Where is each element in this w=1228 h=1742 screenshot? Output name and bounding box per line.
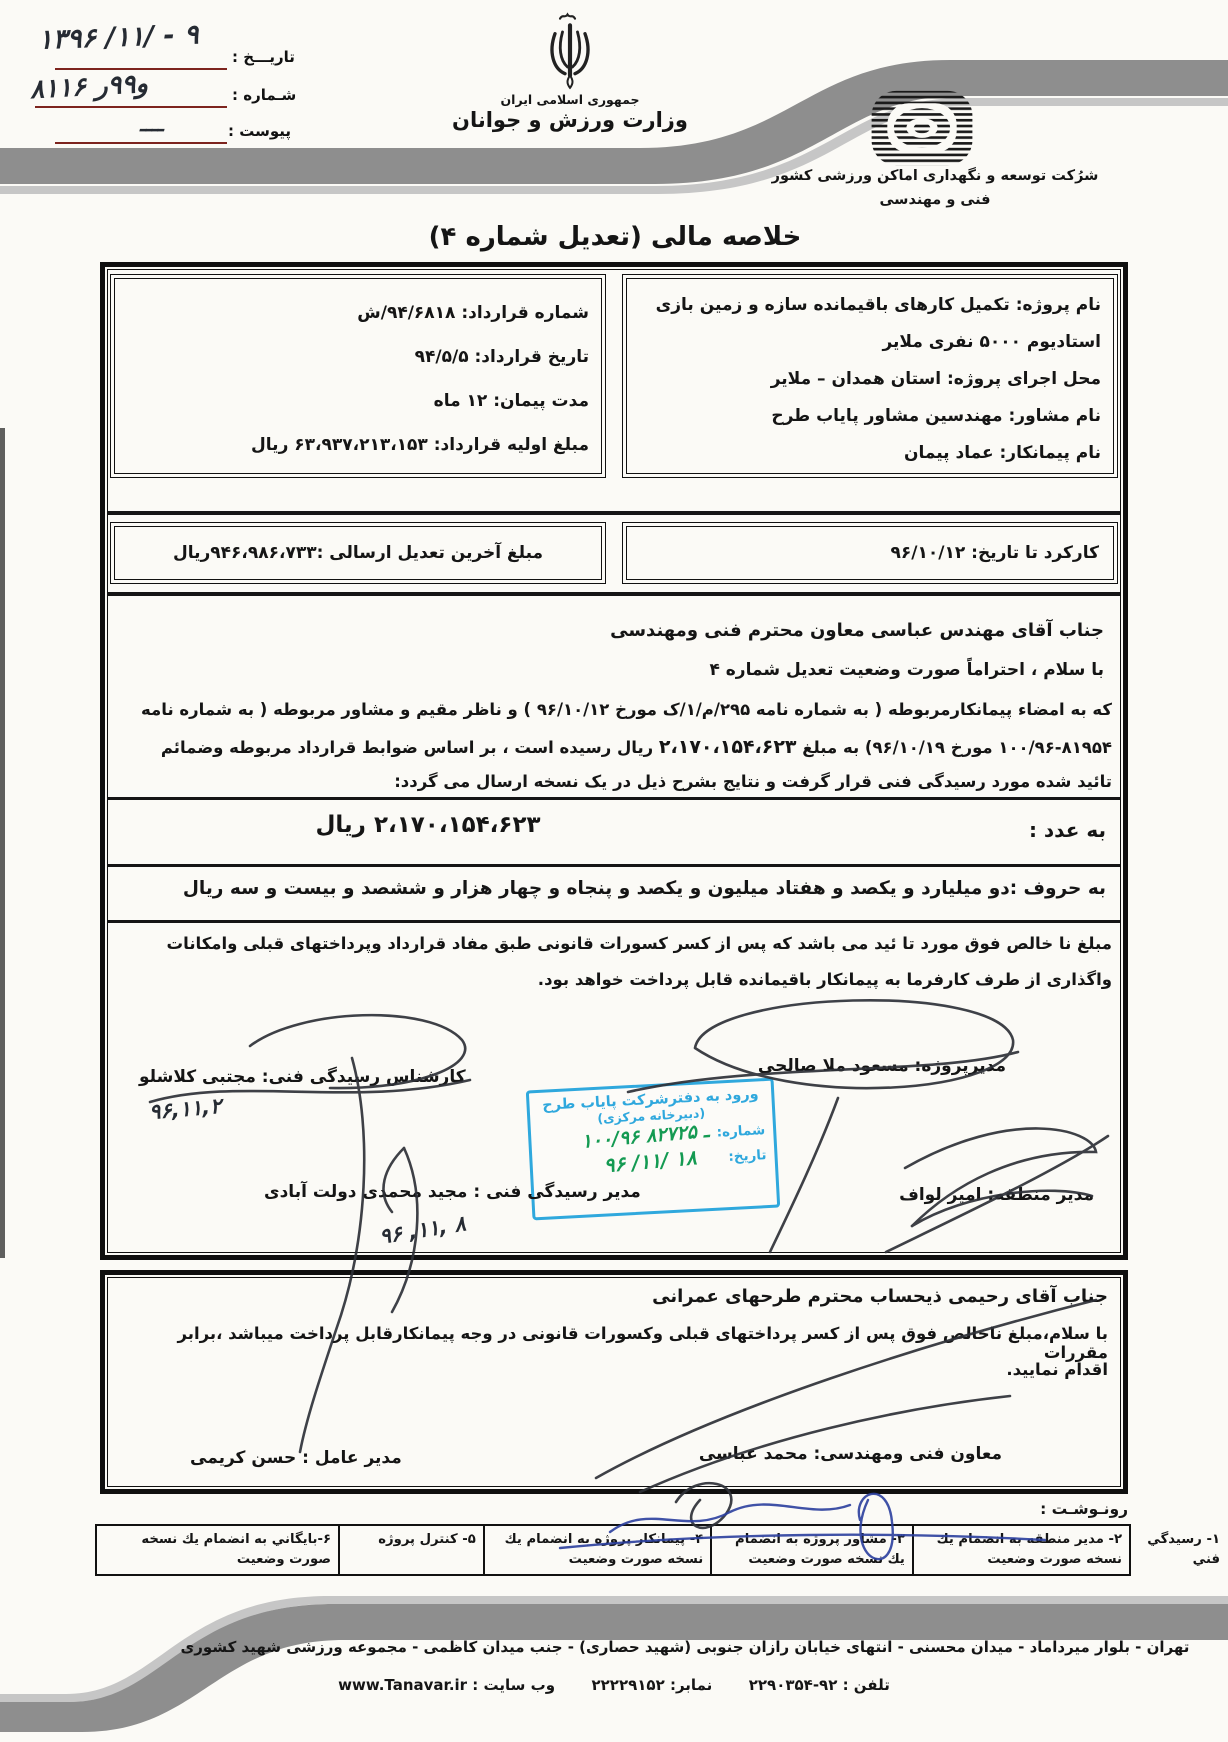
amount-digits-value: ۲،۱۷۰،۱۵۴،۶۲۳ ریال bbox=[258, 812, 598, 838]
stamp-date-label: تاریخ: bbox=[728, 1147, 767, 1165]
accountant-heading: جناب آقای رحیمی ذیحساب محترم طرحهای عمرا… bbox=[652, 1286, 1108, 1307]
project-manager-signature-label: مدیرپروژه: مسعود ملا صالحی bbox=[758, 1056, 1006, 1076]
accountant-body-line1: با سلام،مبلغ ناخالص فوق پس از کسر پرداخت… bbox=[120, 1324, 1108, 1362]
deputy-signature-label: معاون فنی ومهندسی: محمد عباسی bbox=[699, 1444, 1002, 1464]
phone-label: تلفن : bbox=[837, 1676, 890, 1694]
net-amount-line1: مبلغ نا خالص فوق مورد تا ئید می باشد که … bbox=[116, 934, 1112, 953]
handwritten-number: ۸۱۱۶ و۹۹ر bbox=[29, 69, 148, 105]
copy-item-5: ۵- کنترل پروژه bbox=[339, 1525, 484, 1575]
divider-rule-2 bbox=[108, 592, 1120, 596]
adjustment-amount-inline: ۲،۱۷۰،۱۵۴،۶۲۳ bbox=[659, 736, 797, 758]
review-expert-handwritten-date: ۹۶,۱۱,۲ bbox=[148, 1094, 222, 1124]
iran-emblem-icon bbox=[542, 12, 598, 92]
divider-rule-1 bbox=[108, 511, 1120, 515]
project-info-cell: نام پروژه: تکمیل کارهای باقیمانده سازه و… bbox=[626, 278, 1114, 474]
contract-date: تاریخ قرارداد: ۹۴/۵/۵ bbox=[127, 335, 589, 379]
emblem-left-outer bbox=[552, 34, 565, 74]
number-label: شـماره : bbox=[232, 86, 296, 104]
fax-value: ۲۲۲۲۹۱۵۲ bbox=[592, 1676, 665, 1694]
emblem-tashdid bbox=[560, 15, 575, 19]
review-manager-handwritten-date: ۹۶ ,۱۱, ۸ bbox=[378, 1211, 468, 1248]
fax-label: نمابر: bbox=[665, 1676, 713, 1694]
attachment-mark: ــــ bbox=[140, 112, 163, 136]
review-manager-signature-label: مدیر رسیدگی فنی : مجید محمدی دولت آبادی bbox=[264, 1182, 641, 1202]
copies-row: ۲- مدیر منطقه به انضمام یك نسخه صورت وضع… bbox=[96, 1525, 1130, 1575]
project-name-line2: استادیوم ۵۰۰۰ نفری ملایر bbox=[639, 324, 1101, 361]
region-manager-signature-label: مدیر منطقه: امیر لواف bbox=[899, 1185, 1094, 1205]
footer-address: تهران - بلوار میرداماد - میدان محسنی - ا… bbox=[150, 1638, 1220, 1656]
accountant-box-inner: جناب آقای رحیمی ذیحساب محترم طرحهای عمرا… bbox=[107, 1277, 1121, 1487]
accountant-box: جناب آقای رحیمی ذیحساب محترم طرحهای عمرا… bbox=[100, 1270, 1128, 1494]
document-title: خلاصه مالی (تعدیل شماره ۴) bbox=[250, 222, 980, 252]
contract-number: شماره قرارداد: ۹۴/۶۸۱۸/ش bbox=[127, 291, 589, 335]
ministry-name: وزارت ورزش و جوانان bbox=[420, 108, 720, 132]
letter-recipient: جناب آقای مهندس عباسی معاون محترم فنی وم… bbox=[610, 620, 1104, 641]
copy-item-2: ۲- مدیر منطقه به انضمام یك نسخه صورت وضع… bbox=[913, 1525, 1130, 1575]
copies-table: ۲- مدیر منطقه به انضمام یك نسخه صورت وضع… bbox=[95, 1524, 1131, 1576]
footer-swoosh-band bbox=[0, 1570, 1228, 1742]
work-until-value: کارکرد تا تاریخ: ۹۶/۱۰/۱۲ bbox=[891, 543, 1099, 563]
letter-para-line2-mid: مورخ ۹۶/۱۰/۱۹) به مبلغ bbox=[797, 738, 999, 757]
contract-info-cell: شماره قرارداد: ۹۴/۶۸۱۸/ش تاریخ قرارداد: … bbox=[114, 278, 602, 474]
consultant-name: نام مشاور: مهندسین مشاور پایاب طرح bbox=[639, 398, 1101, 435]
project-location: محل اجرای پروژه: استان همدان – ملایر bbox=[639, 361, 1101, 398]
review-manager-date-text: ۹۶ ,۱۱, ۸ bbox=[378, 1211, 468, 1248]
footer-swoosh-main bbox=[0, 1604, 1228, 1732]
last-adjustment-cell: مبلغ آخرین تعدیل ارسالی :۹۴۶،۹۸۶،۷۳۳ریال bbox=[114, 526, 602, 580]
letter-para-line3: تائید شده مورد رسیدگی فنی قرار گرفت و نت… bbox=[116, 772, 1112, 791]
copy-item-6: ۶-بایگاني به انضمام یك نسخه صورت وضعیت bbox=[96, 1525, 339, 1575]
stamp-date-value: ۹۶ /۱۱/ ۱۸ bbox=[603, 1145, 698, 1177]
initial-contract-amount: مبلغ اولیه قرارداد: ۶۳،۹۳۷،۲۱۳،۱۵۳ ریال bbox=[127, 423, 589, 467]
number-line bbox=[35, 106, 227, 108]
emblem-right-outer bbox=[575, 34, 588, 74]
copy-item-4: ۴- پیمانکار پروژه به انضمام یك نسخه صورت… bbox=[484, 1525, 711, 1575]
main-box: نام پروژه: تکمیل کارهای باقیمانده سازه و… bbox=[100, 262, 1128, 1260]
copies-label: رونـوشـت : bbox=[1040, 1500, 1128, 1518]
phone-value: ۲۲۹۰۳۵۴-۹۲ bbox=[749, 1676, 838, 1694]
divider-rule-3 bbox=[108, 797, 1120, 800]
letter-para-line1: که به امضاء پیمانکارمربوطه ( به شماره نا… bbox=[116, 700, 1112, 719]
footer-contact: تلفن : ۲۲۹۰۳۵۴-۹۲ نمابر: ۲۲۲۲۹۱۵۲ وب سای… bbox=[0, 1676, 1228, 1694]
letter-para-line2-tail: ریال رسیده است ، بر اساس ضوابط قرارداد م… bbox=[161, 738, 659, 757]
divider-rule-4 bbox=[108, 864, 1120, 867]
stamp-number-label: شماره: bbox=[716, 1122, 765, 1141]
attachment-label: پیوست : bbox=[228, 122, 291, 140]
work-until-cell: کارکرد تا تاریخ: ۹۶/۱۰/۱۲ bbox=[626, 526, 1114, 580]
review-expert-date-text: ۹۶,۱۱,۲ bbox=[148, 1094, 222, 1124]
amount-in-words: به حروف :دو میلیارد و یکصد و هفتاد میلیو… bbox=[116, 878, 1106, 899]
accountant-body-line2: اقدام نمایید. bbox=[1006, 1360, 1108, 1379]
contractor-name: نام پیمانکار: عماد پیمان bbox=[639, 435, 1101, 472]
handwritten-date: ۱۳۹۶ /۱۱/ - ۹ bbox=[38, 19, 200, 56]
company-unit: فنی و مهندسی bbox=[790, 192, 1080, 208]
main-box-inner: نام پروژه: تکمیل کارهای باقیمانده سازه و… bbox=[107, 269, 1121, 1253]
letter-salutation: با سلام ، احتراماً صورت وضعیت تعدیل شمار… bbox=[709, 660, 1104, 680]
divider-rule-5 bbox=[108, 920, 1120, 923]
managing-director-signature-label: مدیر عامل : حسن کریمی bbox=[190, 1448, 402, 1468]
scan-edge-artifact bbox=[0, 428, 5, 1258]
handwritten-date-text: ۱۳۹۶ /۱۱/ - ۹ bbox=[38, 19, 200, 56]
date-label: تاریـــخ : bbox=[232, 48, 295, 66]
scanned-document-page: ۱۳۹۶ /۱۱/ - ۹ تاریـــخ : ۸۱۱۶ و۹۹ر شـمار… bbox=[0, 0, 1228, 1742]
company-name: شرُکت توسعه و نگهداری اماکن ورزشی کشور bbox=[755, 168, 1115, 184]
emblem-caption: جمهوری اسلامی ایران bbox=[460, 92, 680, 107]
reference-letter-number: ۱۰۰/۹۶-۸۱۹۵۴ bbox=[998, 738, 1112, 757]
website-value: www.Tanavar.ir bbox=[338, 1676, 467, 1694]
company-logo-icon bbox=[862, 90, 982, 166]
net-amount-line2: واگذاری از طرف کارفرما به پیمانکار باقیم… bbox=[116, 970, 1112, 989]
website-label: وب سایت : bbox=[467, 1676, 555, 1694]
review-expert-signature-label: کارشناس رسیدگی فنی: مجتبی کلاشلو bbox=[139, 1067, 466, 1087]
copy-item-3: ۳- مشاور پروژه به انضمام یك نسخه صورت وض… bbox=[711, 1525, 913, 1575]
letter-para-line2: ۱۰۰/۹۶-۸۱۹۵۴ مورخ ۹۶/۱۰/۱۹) به مبلغ ۲،۱۷… bbox=[116, 736, 1112, 758]
attachment-line bbox=[55, 142, 227, 144]
handwritten-number-text: ۸۱۱۶ و۹۹ر bbox=[29, 69, 148, 105]
emblem-right-inner bbox=[573, 32, 580, 67]
copies-table-wrap: ۲- مدیر منطقه به انضمام یك نسخه صورت وضع… bbox=[95, 1524, 1131, 1576]
last-adjustment-value: مبلغ آخرین تعدیل ارسالی :۹۴۶،۹۸۶،۷۳۳ریال bbox=[173, 543, 543, 563]
project-name-line1: نام پروژه: تکمیل کارهای باقیمانده سازه و… bbox=[639, 287, 1101, 324]
amount-digits-label: به عدد : bbox=[1029, 818, 1106, 842]
emblem-left-inner bbox=[560, 32, 567, 67]
contract-duration: مدت پیمان: ۱۲ ماه bbox=[127, 379, 589, 423]
copy-item-1: ۱- رسیدگي فني bbox=[1128, 1530, 1220, 1570]
logo-center bbox=[914, 123, 931, 134]
emblem-base bbox=[568, 75, 573, 88]
